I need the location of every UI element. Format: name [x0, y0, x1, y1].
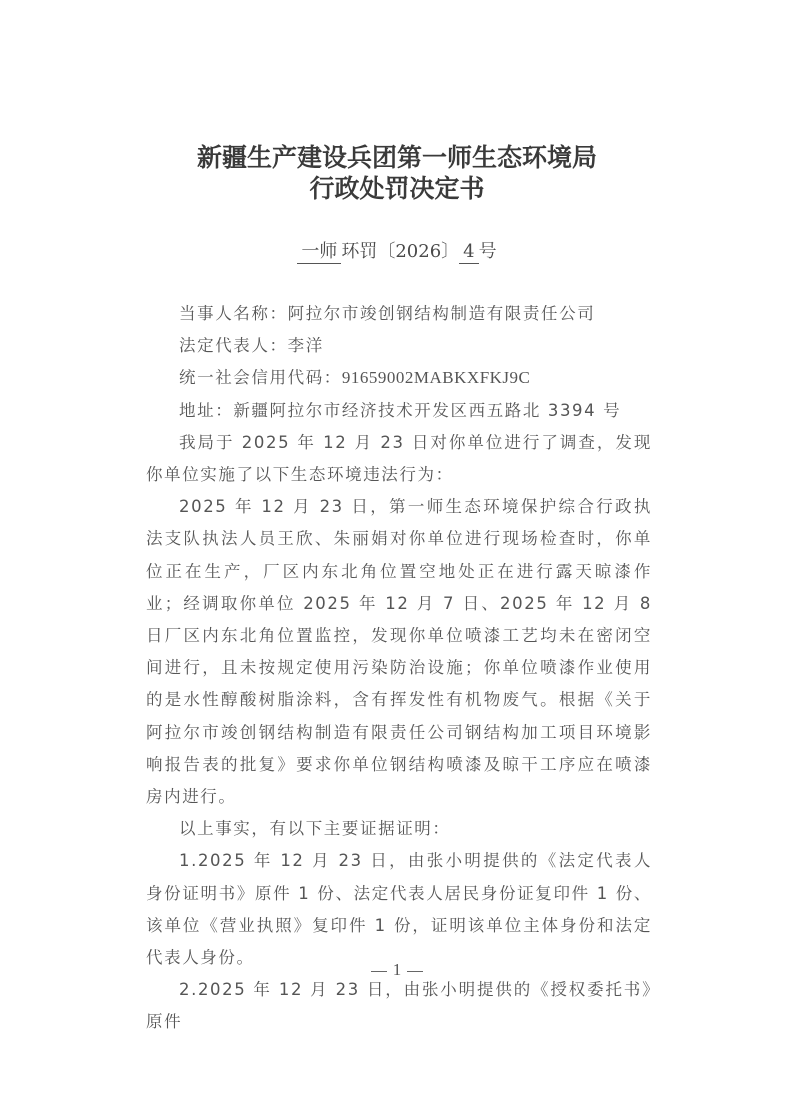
document-number: 一师环罚〔2026〕4号 — [0, 239, 794, 265]
paragraph-evidence-2: 2.2025 年 12 月 23 日，由张小明提供的《授权委托书》原件 — [146, 974, 652, 1038]
footer-dash-left — [371, 971, 387, 972]
credit-code-line: 统一社会信用代码：91659002MABKXFKJ9C — [146, 362, 652, 394]
paragraph-investigation: 我局于 2025 年 12 月 23 日对你单位进行了调查，发现你单位实施了以下… — [146, 427, 652, 491]
paragraph-violation-facts: 2025 年 12 月 23 日，第一师生态环境保护综合行政执法支队执法人员王欣… — [146, 491, 652, 813]
document-page: 新疆生产建设兵团第一师生态环境局 行政处罚决定书 一师环罚〔2026〕4号 当事… — [0, 0, 794, 1108]
document-title-line1: 新疆生产建设兵团第一师生态环境局 — [0, 143, 794, 173]
footer-dash-right — [407, 971, 423, 972]
page-number: 1 — [393, 960, 402, 979]
doc-number-value: 4 — [459, 241, 478, 264]
party-name-label: 当事人名称： — [179, 304, 288, 323]
document-body: 当事人名称：阿拉尔市竣创钢结构制造有限责任公司 法定代表人：李洋 统一社会信用代… — [146, 298, 652, 1039]
address-value: 新疆阿拉尔市经济技术开发区西五路北 3394 号 — [233, 401, 621, 420]
doc-number-prefix: 一师 — [297, 241, 341, 264]
legal-rep-label: 法定代表人： — [179, 336, 288, 355]
paragraph-evidence-intro: 以上事实，有以下主要证据证明： — [146, 813, 652, 845]
page-footer: 1 — [0, 960, 794, 980]
party-name-value: 阿拉尔市竣创钢结构制造有限责任公司 — [288, 304, 596, 323]
credit-code-value: 91659002MABKXFKJ9C — [342, 368, 530, 387]
legal-rep-line: 法定代表人：李洋 — [146, 330, 652, 362]
document-title-line2: 行政处罚决定书 — [0, 174, 794, 204]
doc-number-middle: 环罚〔2026〕 — [341, 241, 459, 262]
paragraph-evidence-1: 1.2025 年 12 月 23 日，由张小明提供的《法定代表人身份证明书》原件… — [146, 845, 652, 974]
party-name-line: 当事人名称：阿拉尔市竣创钢结构制造有限责任公司 — [146, 298, 652, 330]
doc-number-suffix: 号 — [479, 241, 497, 262]
address-line: 地址：新疆阿拉尔市经济技术开发区西五路北 3394 号 — [146, 395, 652, 427]
legal-rep-value: 李洋 — [288, 336, 324, 355]
credit-code-label: 统一社会信用代码： — [179, 368, 342, 387]
address-label: 地址： — [179, 401, 233, 420]
